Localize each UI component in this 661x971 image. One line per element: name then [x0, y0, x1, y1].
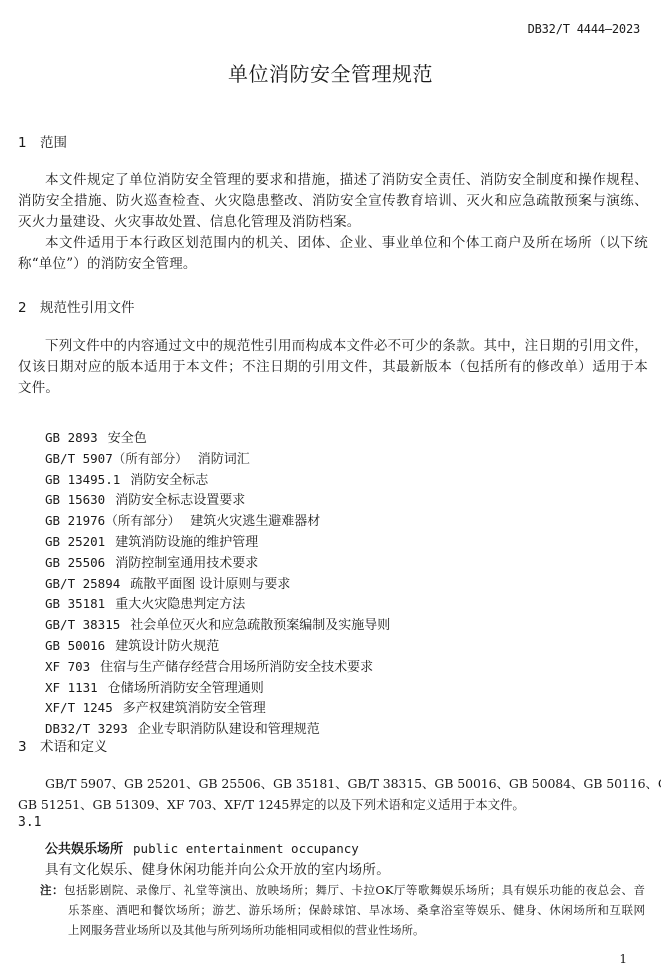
section-title: 范围 [40, 135, 67, 151]
reference-item: GB/T 5907（所有部分）消防词汇 [45, 449, 390, 470]
reference-item: XF 703住宿与生产储存经营合用场所消防安全技术要求 [45, 657, 390, 678]
section-title: 术语和定义 [40, 739, 108, 755]
reference-code: GB 25506 [45, 555, 105, 570]
section-2-intro: 下列文件中的内容通过文中的规范性引用而构成本文件必不可少的条款。其中，注日期的引… [18, 336, 648, 399]
term-chinese: 公共娱乐场所 [45, 842, 123, 857]
reference-item: GB 25201建筑消防设施的维护管理 [45, 532, 390, 553]
reference-code: GB 25201 [45, 534, 105, 549]
reference-item: GB 25506消防控制室通用技术要求 [45, 553, 390, 574]
section-1-paragraph-2: 本文件适用于本行政区划范围内的机关、团体、企业、事业单位和个体工商户及所在场所（… [18, 233, 648, 275]
section-number: 3 [18, 739, 40, 755]
reference-item: GB 35181重大火灾隐患判定方法 [45, 594, 390, 615]
standard-code: DB32/T 4444—2023 [528, 22, 640, 36]
reference-name: 安全色 [108, 431, 147, 446]
reference-item: XF 1131仓储场所消防安全管理通则 [45, 678, 390, 699]
section-1-paragraph-1: 本文件规定了单位消防安全管理的要求和措施，描述了消防安全责任、消防安全制度和操作… [18, 170, 648, 233]
reference-code: GB 21976（所有部分） [45, 513, 180, 528]
reference-code: GB/T 5907（所有部分） [45, 451, 188, 466]
normative-references-list: GB 2893安全色 GB/T 5907（所有部分）消防词汇 GB 13495.… [45, 428, 390, 740]
reference-code: GB 50016 [45, 638, 105, 653]
reference-code: XF/T 1245 [45, 700, 113, 715]
reference-code: XF 703 [45, 659, 90, 674]
section-3-intro: GB/T 5907、GB 25201、GB 25506、GB 35181、GB/… [18, 773, 648, 815]
paragraph-line: 消防安全措施、防火巡查检查、火灾隐患整改、消防安全宣传教育培训、灭火和应急疏散预… [18, 191, 648, 212]
reference-item: GB 50016建筑设计防火规范 [45, 636, 390, 657]
reference-name: 企业专职消防队建设和管理规范 [138, 722, 320, 737]
note-line: 上网服务营业场所以及其他与所列场所功能相同或相似的营业性场所。 [40, 920, 645, 940]
reference-code: GB 13495.1 [45, 472, 120, 487]
reference-item: GB/T 25894疏散平面图 设计原则与要求 [45, 574, 390, 595]
page-number: 1 [619, 952, 627, 966]
paragraph-line: 下列文件中的内容通过文中的规范性引用而构成本文件必不可少的条款。其中，注日期的引… [18, 336, 648, 357]
section-title: 规范性引用文件 [40, 300, 135, 316]
reference-item: GB 13495.1消防安全标志 [45, 470, 390, 491]
term-entry: 公共娱乐场所public entertainment occupancy [45, 838, 359, 857]
reference-name: 消防词汇 [198, 452, 250, 467]
reference-code: GB 2893 [45, 430, 98, 445]
reference-name: 建筑消防设施的维护管理 [115, 535, 258, 550]
reference-item: GB 15630消防安全标志设置要求 [45, 490, 390, 511]
section-3-heading: 3术语和定义 [18, 735, 108, 755]
term-english: public entertainment occupancy [133, 841, 359, 856]
paragraph-line: GB/T 5907、GB 25201、GB 25506、GB 35181、GB/… [18, 773, 648, 794]
note-label: 注： [40, 883, 64, 897]
reference-code: GB 35181 [45, 596, 105, 611]
reference-name: 建筑火灾逃生避难器材 [190, 514, 320, 529]
reference-item: GB 21976（所有部分）建筑火灾逃生避难器材 [45, 511, 390, 532]
reference-item: GB/T 38315社会单位灭火和应急疏散预案编制及实施导则 [45, 615, 390, 636]
reference-name: 重大火灾隐患判定方法 [115, 597, 245, 612]
paragraph-line: 文件。 [18, 378, 648, 399]
section-number: 1 [18, 135, 40, 151]
paragraph-line: 称“单位”）的消防安全管理。 [18, 254, 648, 275]
paragraph-line: 仅该日期对应的版本适用于本文件；不注日期的引用文件，其最新版本（包括所有的修改单… [18, 357, 648, 378]
reference-name: 仓储场所消防安全管理通则 [108, 681, 264, 696]
paragraph-line: 灭火力量建设、火灾事故处置、信息化管理及消防档案。 [18, 212, 648, 233]
section-number: 2 [18, 300, 40, 316]
note-line: 注：包括影剧院、录像厅、礼堂等演出、放映场所；舞厅、卡拉OK厅等歌舞娱乐场所；具… [40, 880, 645, 900]
paragraph-line: GB 51251、GB 51309、XF 703、XF/T 1245界定的以及下… [18, 794, 648, 815]
note-line: 乐茶座、酒吧和餐饮场所；游艺、游乐场所；保龄球馆、旱冰场、桑拿浴室等娱乐、健身、… [40, 900, 645, 920]
reference-code: GB/T 25894 [45, 576, 120, 591]
reference-name: 消防控制室通用技术要求 [115, 556, 258, 571]
reference-name: 消防安全标志设置要求 [115, 493, 245, 508]
reference-item: XF/T 1245多产权建筑消防安全管理 [45, 698, 390, 719]
reference-name: 建筑设计防火规范 [115, 639, 219, 654]
reference-code: GB/T 38315 [45, 617, 120, 632]
clause-number: 3.1 [18, 815, 41, 830]
reference-code: DB32/T 3293 [45, 721, 128, 736]
section-2-heading: 2规范性引用文件 [18, 296, 135, 316]
document-title: 单位消防安全管理规范 [0, 58, 661, 87]
reference-name: 社会单位灭火和应急疏散预案编制及实施导则 [130, 618, 390, 633]
reference-name: 住宿与生产储存经营合用场所消防安全技术要求 [100, 660, 373, 675]
term-note: 注：包括影剧院、录像厅、礼堂等演出、放映场所；舞厅、卡拉OK厅等歌舞娱乐场所；具… [40, 880, 645, 940]
reference-name: 消防安全标志 [130, 473, 208, 488]
reference-item: GB 2893安全色 [45, 428, 390, 449]
section-1-heading: 1范围 [18, 131, 67, 151]
reference-code: XF 1131 [45, 680, 98, 695]
paragraph-line: 本文件规定了单位消防安全管理的要求和措施，描述了消防安全责任、消防安全制度和操作… [18, 170, 648, 191]
reference-name: 疏散平面图 设计原则与要求 [130, 577, 290, 592]
paragraph-line: 本文件适用于本行政区划范围内的机关、团体、企业、事业单位和个体工商户及所在场所（… [18, 233, 648, 254]
reference-code: GB 15630 [45, 492, 105, 507]
term-definition: 具有文化娱乐、健身休闲功能并向公众开放的室内场所。 [45, 858, 390, 878]
reference-name: 多产权建筑消防安全管理 [123, 701, 266, 716]
